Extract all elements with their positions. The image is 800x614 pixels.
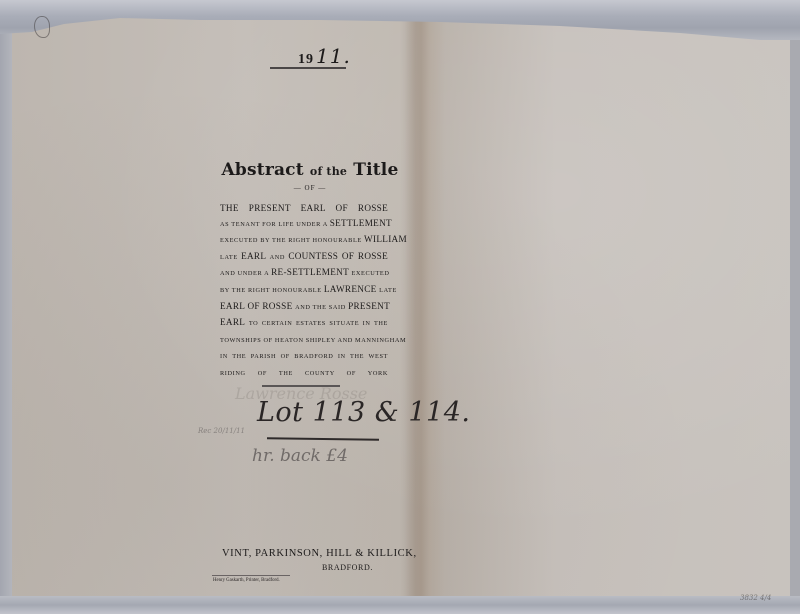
title-title: Title — [353, 160, 398, 180]
pencil-note: hr. back £4 — [252, 446, 348, 466]
section-rule — [262, 385, 340, 387]
center-fold — [405, 14, 445, 604]
corner-pen-mark — [34, 16, 50, 38]
year-handwritten: 11. — [316, 44, 351, 68]
description-segment: IN THE PARISH OF BRADFORD IN THE WEST — [220, 353, 388, 360]
description-segment: LATE — [379, 287, 397, 294]
printer-rule — [212, 575, 290, 576]
year-heading: 1911. — [298, 44, 351, 68]
mount-tissue-left — [0, 0, 12, 614]
description-segment: EARL — [241, 251, 270, 261]
description-segment: TOWNSHIPS OF HEATON SHIPLEY AND MANNINGH… — [220, 337, 406, 344]
mount-tissue-bottom — [0, 596, 800, 614]
description-segment: LAWRENCE — [324, 284, 379, 294]
document-title: Abstract of the Title — [210, 160, 410, 180]
description-segment: EARL — [220, 317, 249, 327]
description-segment: WILLIAM — [364, 234, 407, 244]
description-segment: THE PRESENT EARL OF ROSSE — [220, 203, 388, 213]
archive-reference: 3832 4/4 — [740, 594, 771, 602]
of-separator: — OF — — [210, 184, 410, 192]
description-line: EARL OF ROSSE AND THE SAID PRESENT — [220, 299, 388, 316]
description-segment: COUNTESS OF ROSSE — [288, 251, 388, 261]
margin-note: Rec 20/11/11 — [198, 427, 245, 435]
description-line: AS TENANT FOR LIFE UNDER A SETTLEMENT — [220, 216, 388, 233]
firm-city: BRADFORD. — [322, 563, 373, 572]
description-segment: EXECUTED — [351, 270, 389, 277]
lot-label-handwritten: Lot 113 & 114. — [257, 397, 470, 428]
document-page — [10, 14, 790, 604]
description-line: IN THE PARISH OF BRADFORD IN THE WEST — [220, 348, 388, 365]
year-printed: 19 — [298, 52, 314, 67]
description-segment: AND THE SAID — [295, 304, 348, 311]
description-segment: LATE — [220, 254, 241, 261]
printer-imprint: Henry Gaskarth, Printer, Bradford. — [213, 578, 280, 583]
description-line: BY THE RIGHT HONOURABLE LAWRENCE LATE — [220, 282, 388, 299]
description-segment: RE-SETTLEMENT — [271, 267, 351, 277]
description-line: RIDING OF THE COUNTY OF YORK — [220, 365, 388, 382]
description-segment: RIDING OF THE COUNTY OF YORK — [220, 370, 388, 377]
description-segment: EXECUTED BY THE RIGHT HONOURABLE — [220, 237, 364, 244]
description-segment: BY THE RIGHT HONOURABLE — [220, 287, 324, 294]
description-line: EARL TO CERTAIN ESTATES SITUATE IN THE — [220, 315, 388, 332]
solicitor-firm: VINT, PARKINSON, HILL & KILLICK, — [222, 548, 417, 559]
title-of-the: of the — [310, 165, 347, 178]
description-segment: SETTLEMENT — [330, 218, 392, 228]
description-line: THE PRESENT EARL OF ROSSE — [220, 201, 388, 216]
description-segment: EARL OF ROSSE — [220, 301, 295, 311]
year-underline — [270, 67, 346, 69]
description-line: TOWNSHIPS OF HEATON SHIPLEY AND MANNINGH… — [220, 332, 388, 349]
description-line: LATE EARL AND COUNTESS OF ROSSE — [220, 249, 388, 266]
description-segment: PRESENT — [348, 301, 390, 311]
description-segment: TO CERTAIN ESTATES SITUATE IN THE — [249, 320, 388, 327]
description-segment: AS TENANT FOR LIFE UNDER A — [220, 221, 330, 228]
title-description: THE PRESENT EARL OF ROSSEAS TENANT FOR L… — [220, 201, 388, 382]
title-abstract: Abstract — [222, 160, 304, 180]
description-segment: AND UNDER A — [220, 270, 271, 277]
description-line: AND UNDER A RE-SETTLEMENT EXECUTED — [220, 265, 388, 282]
description-segment: AND — [270, 254, 289, 261]
description-line: EXECUTED BY THE RIGHT HONOURABLE WILLIAM — [220, 232, 388, 249]
